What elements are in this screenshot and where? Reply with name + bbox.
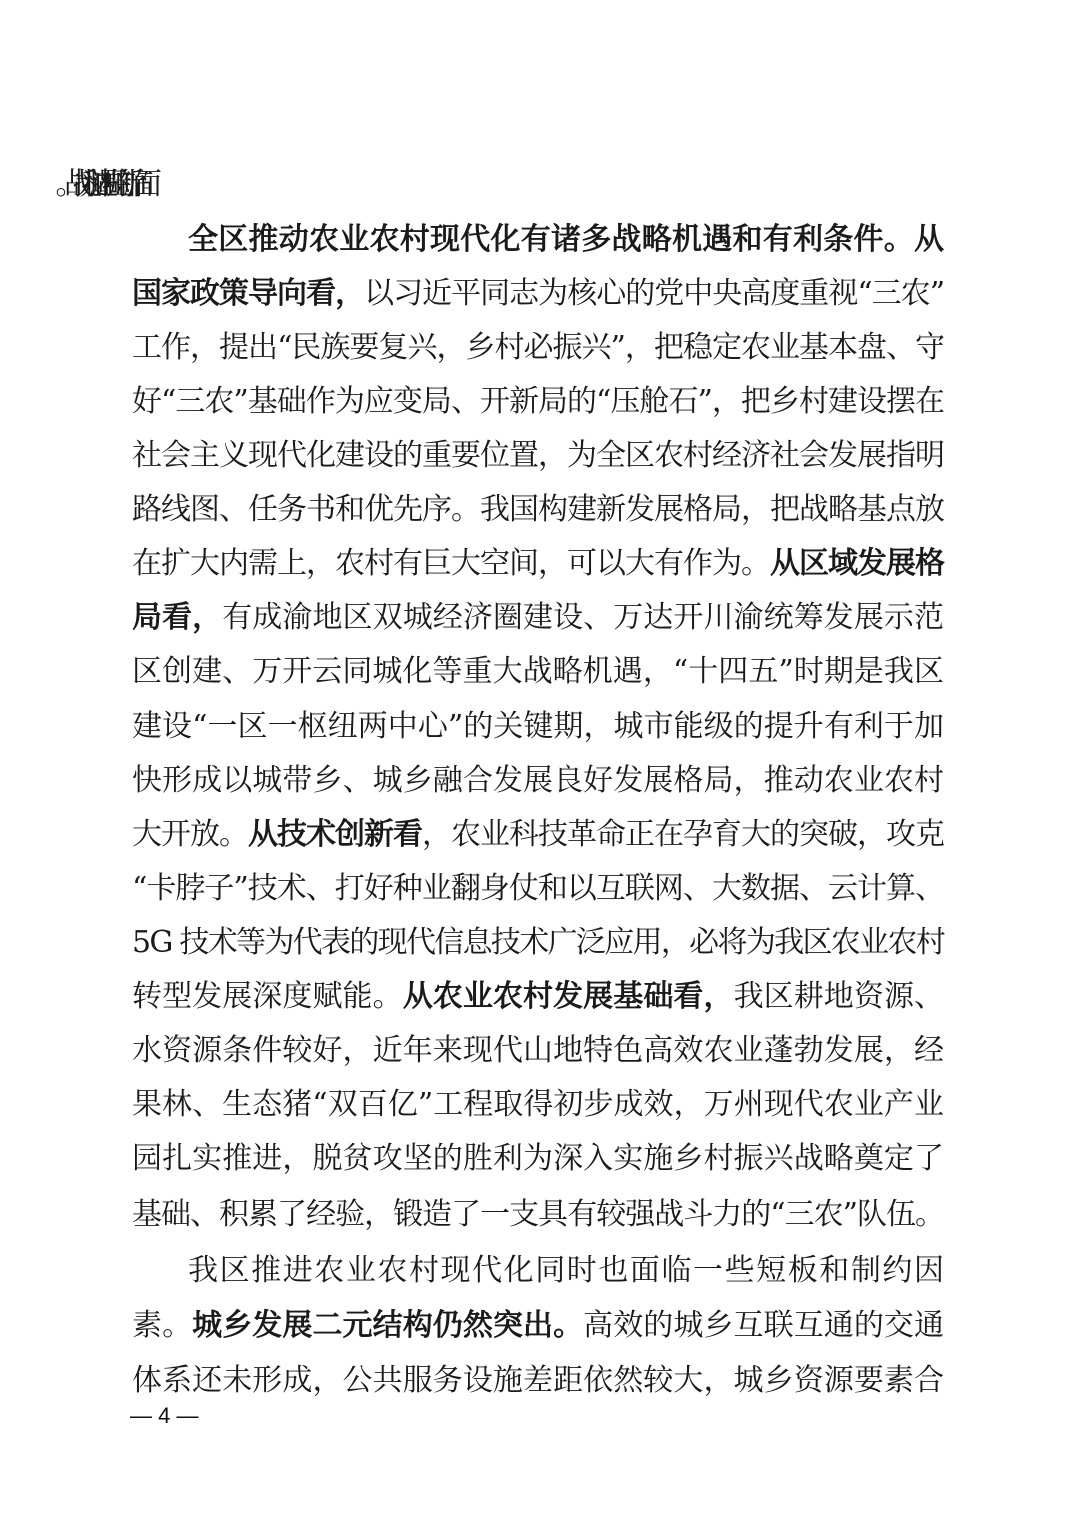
text-line: 基础、积累了经验，锻造了一支具有较强战斗力的“三农”队伍。 — [132, 1193, 944, 1237]
body-text: 有成渝地区双城经济圈建设、万达开川渝统筹发展示范 — [222, 600, 944, 635]
text-line: 路线图、任务书和优先序。我国构建新发展格局，把战略基点放 — [132, 488, 944, 532]
body-text: 在扩大内需上，农村有巨大空间，可以大有作为。 — [132, 546, 770, 581]
bold-heading-text: 城乡发展二元结构仍然突出。 — [192, 1308, 583, 1343]
text-line: 好“三农”基础作为应变局、开新局的“压舱石”，把乡村建设摆在 — [132, 380, 944, 424]
body-text: 社会主义现代化建设的重要位置，为全区农村经济社会发展指明 — [132, 438, 944, 473]
body-text: 路线图、任务书和优先序。我国构建新发展格局，把战略基点放 — [132, 492, 944, 527]
bold-heading-text: 全区推动农业农村现代化有诸多战略机遇和有利条件。从 — [188, 222, 944, 257]
body-text: 园扎实推进，脱贫攻坚的胜利为深入实施乡村振兴战略奠定了 — [132, 1141, 944, 1176]
text-line: 水资源条件较好，近年来现代山地特色高效农业蓬勃发展，经 — [132, 1029, 944, 1073]
body-text: 建设“一区一枢纽两中心”的关键期，城市能级的提升有利于加 — [132, 709, 944, 744]
body-text: 转型发展深度赋能。 — [132, 979, 403, 1014]
bold-heading-text: 局看， — [132, 600, 222, 635]
text-line: 体系还未形成，公共服务设施差距依然较大，城乡资源要素合 — [132, 1359, 944, 1403]
text-line: 5G 技术等为代表的现代信息技术广泛应用，必将为我区农业农村 — [132, 921, 944, 965]
text-line: 大开放。从技术创新看，农业科技革命正在孕育大的突破，攻克 — [132, 813, 944, 857]
bold-heading-text: 从区域发展格 — [770, 546, 944, 581]
body-text: 素。 — [132, 1308, 192, 1343]
body-text: “卡脖子”技术、打好种业翻身仗和以互联网、大数据、云计算、 — [132, 871, 944, 906]
text-line: 国家政策导向看，以习近平同志为核心的党中央高度重视“三农” — [132, 272, 944, 316]
text-line: 素。城乡发展二元结构仍然突出。高效的城乡互联互通的交通 — [132, 1304, 944, 1348]
body-text: 水资源条件较好，近年来现代山地特色高效农业蓬勃发展，经 — [132, 1033, 944, 1068]
text-line: 社会主义现代化建设的重要位置，为全区农村经济社会发展指明 — [132, 434, 944, 478]
body-text: 体系还未形成，公共服务设施差距依然较大，城乡资源要素合 — [132, 1363, 944, 1398]
text-line: 面临新的机遇和挑战。 — [132, 163, 944, 207]
body-text: 以习近平同志为核心的党中央高度重视“三农” — [364, 276, 944, 311]
text-line: 园扎实推进，脱贫攻坚的胜利为深入实施乡村振兴战略奠定了 — [132, 1137, 944, 1181]
text-line: 转型发展深度赋能。从农业农村发展基础看，我区耕地资源、 — [132, 975, 944, 1019]
bold-heading-text: 国家政策导向看， — [132, 276, 364, 311]
body-text: 高效的城乡互联互通的交通 — [583, 1308, 944, 1343]
text-line: “卡脖子”技术、打好种业翻身仗和以互联网、大数据、云计算、 — [132, 867, 944, 911]
body-text: 我区推进农业农村现代化同时也面临一些短板和制约因 — [188, 1253, 944, 1288]
text-line: 果林、生态猪“双百亿”工程取得初步成效，万州现代农业产业 — [132, 1083, 944, 1127]
body-text: 基础、积累了经验，锻造了一支具有较强战斗力的“三农”队伍。 — [132, 1197, 944, 1232]
text-line: 局看，有成渝地区双城经济圈建设、万达开川渝统筹发展示范 — [132, 596, 944, 640]
text-line: 快形成以城带乡、城乡融合发展良好发展格局，推动农业农村 — [132, 759, 944, 803]
text-line: 区创建、万开云同城化等重大战略机遇，“十四五”时期是我区 — [132, 650, 944, 694]
document-page: 面临新的机遇和挑战。全区推动农业农村现代化有诸多战略机遇和有利条件。从国家政策导… — [0, 0, 1074, 1520]
body-text: 好“三农”基础作为应变局、开新局的“压舱石”，把乡村建设摆在 — [132, 384, 944, 419]
text-line: 建设“一区一枢纽两中心”的关键期，城市能级的提升有利于加 — [132, 705, 944, 749]
body-text: 我区耕地资源、 — [734, 979, 944, 1014]
bold-heading-text: 从技术创新看 — [248, 817, 422, 852]
body-text: 区创建、万开云同城化等重大战略机遇，“十四五”时期是我区 — [132, 654, 944, 689]
body-text: ，农业科技革命正在孕育大的突破，攻克 — [422, 817, 944, 852]
text-line: 在扩大内需上，农村有巨大空间，可以大有作为。从区域发展格 — [132, 542, 944, 586]
body-text: 快形成以城带乡、城乡融合发展良好发展格局，推动农业农村 — [132, 763, 944, 798]
body-text: 果林、生态猪“双百亿”工程取得初步成效，万州现代农业产业 — [132, 1087, 944, 1122]
text-line: 我区推进农业农村现代化同时也面临一些短板和制约因 — [188, 1249, 944, 1293]
text-line: 工作，提出“民族要复兴，乡村必振兴”，把稳定农业基本盘、守 — [132, 326, 944, 370]
body-text: 大开放。 — [132, 817, 248, 852]
bold-heading-text: 从农业农村发展基础看， — [403, 979, 734, 1014]
body-text: 5G 技术等为代表的现代信息技术广泛应用，必将为我区农业农村 — [132, 925, 944, 960]
text-line: 全区推动农业农村现代化有诸多战略机遇和有利条件。从 — [188, 218, 944, 262]
body-text: 工作，提出“民族要复兴，乡村必振兴”，把稳定农业基本盘、守 — [132, 330, 944, 365]
page-number: — 4 — — [130, 1403, 198, 1429]
